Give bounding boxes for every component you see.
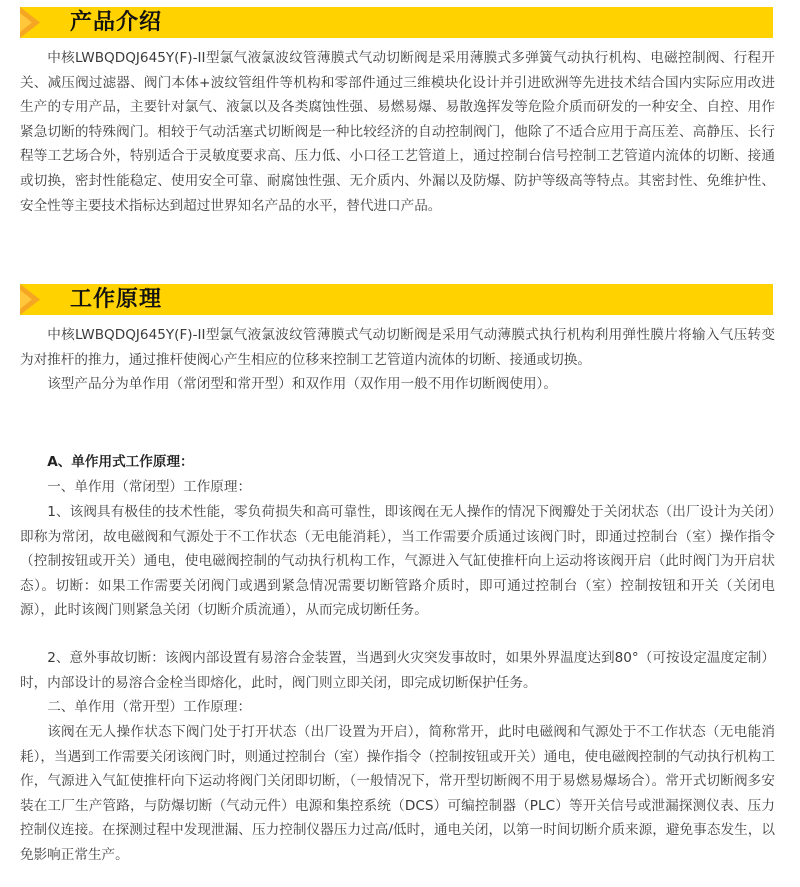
product-intro-paragraph: 中核LWBQDQJ645Y(F)-II型氯气液氯波纹管薄膜式气动切断阀是采用薄膜… bbox=[20, 46, 775, 218]
subsection-item-2: 2、意外事故切断：该阀内部设置有易溶合金装置，当遇到火灾突发事故时，如果外界温度… bbox=[20, 646, 775, 695]
working-principle-types: 该型产品分为单作用（常闭型和常开型）和双作用（双作用一般不用作切断阀使用）。 bbox=[20, 372, 775, 397]
subsection-item-normally-open-body: 该阀在无人操作状态下阀门处于打开状态（出厂设置为开启），简称常开，此时电磁阀和气… bbox=[20, 720, 775, 868]
subsection-item-1: 1、该阀具有极佳的技术性能，零负荷损失和高可靠性，即该阀在无人操作的情况下阀瓣处… bbox=[20, 500, 775, 623]
subsection-item-normally-closed-title: 一、单作用（常闭型）工作原理： bbox=[20, 475, 775, 500]
chevron-right-icon bbox=[20, 284, 40, 315]
section-header-product-intro: 产品介绍 bbox=[20, 7, 773, 38]
working-principle-paragraph: 中核LWBQDQJ645Y(F)-II型氯气液氯波纹管薄膜式气动切断阀是采用气动… bbox=[20, 323, 775, 372]
section-title: 工作原理 bbox=[70, 284, 162, 315]
section-title: 产品介绍 bbox=[70, 7, 162, 38]
subsection-heading: A、单作用式工作原理： bbox=[20, 450, 775, 475]
subsection-item-normally-open-title: 二、单作用（常开型）工作原理： bbox=[20, 695, 775, 720]
section-header-working-principle: 工作原理 bbox=[20, 284, 773, 315]
chevron-right-icon bbox=[20, 7, 40, 38]
